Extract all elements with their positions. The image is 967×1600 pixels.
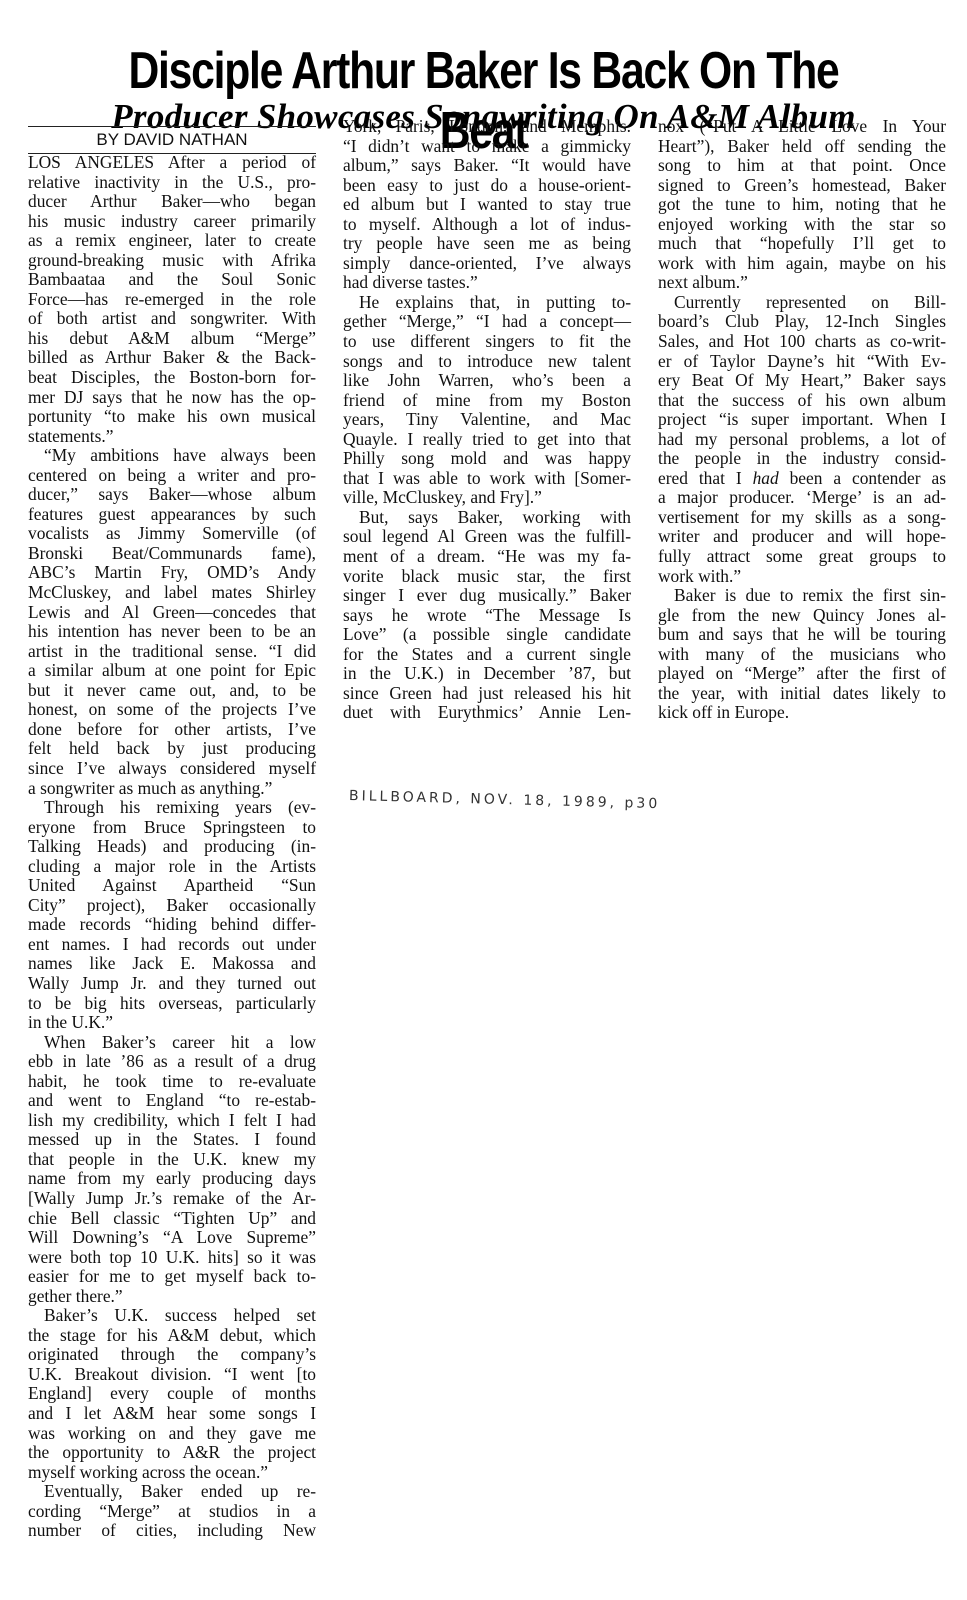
text-line: honest, on some of the projects I’ve xyxy=(28,700,316,720)
text-line: Currently represented on Bill- xyxy=(658,293,946,313)
text-line: and I let A&M hear some songs I xyxy=(28,1404,316,1424)
text-line: years, Tiny Valentine, and Mac xyxy=(343,410,631,430)
text-line: gle from the new Quincy Jones al- xyxy=(658,606,946,626)
text-line: bum and says that he will be touring xyxy=(658,625,946,645)
text-line: Baker is due to remix the first sin- xyxy=(658,586,946,606)
text-line: cording “Merge” at studios in a xyxy=(28,1502,316,1522)
text-line: for the States and a current single xyxy=(343,645,631,665)
text-line: Wally Jump Jr. and they turned out xyxy=(28,974,316,994)
text-line: Eventually, Baker ended up re- xyxy=(28,1482,316,1502)
text-line: Baker’s U.K. success helped set xyxy=(28,1306,316,1326)
text-line: his music industry career primarily xyxy=(28,212,316,232)
text-line: of both artist and songwriter. With xyxy=(28,309,316,329)
text-line: played on “Merge” after the first of xyxy=(658,664,946,684)
text-line: been easy to just do a house-orient- xyxy=(343,176,631,196)
text-line: eryone from Bruce Springsteen to xyxy=(28,818,316,838)
text-line: ent names. I had records out under xyxy=(28,935,316,955)
text-line: the opportunity to A&R the project xyxy=(28,1443,316,1463)
text-line: statements.” xyxy=(28,427,316,447)
text-line: He explains that, in putting to- xyxy=(343,293,631,313)
text-line: as a remix engineer, later to create xyxy=(28,231,316,251)
text-line: myself working across the ocean.” xyxy=(28,1463,316,1483)
text-line: names like Jack E. Makossa and xyxy=(28,954,316,974)
text-line: England] every couple of months xyxy=(28,1384,316,1404)
text-line: ducer Arthur Baker—who began xyxy=(28,192,316,212)
text-line: habit, he took time to re-evaluate xyxy=(28,1072,316,1092)
article-column-3: nox (“Put A Little Love In YourHeart”), … xyxy=(658,117,946,723)
text-line: vocalists as Jimmy Somerville (of xyxy=(28,524,316,544)
text-line: nox (“Put A Little Love In Your xyxy=(658,117,946,137)
text-line: Through his remixing years (ev- xyxy=(28,798,316,818)
text-line: chie Bell classic “Tighten Up” and xyxy=(28,1209,316,1229)
text-line: United Against Apartheid “Sun xyxy=(28,876,316,896)
text-line: “I didn’t want to make a gimmicky xyxy=(343,137,631,157)
text-line: the year, with initial dates likely to xyxy=(658,684,946,704)
text-line: gether “Merge,” “I had a concept— xyxy=(343,312,631,332)
text-line: Bambaataa and the Soul Sonic xyxy=(28,270,316,290)
text-line: soul legend Al Green was the fulfill- xyxy=(343,527,631,547)
text-line: songs and to introduce new talent xyxy=(343,352,631,372)
text-line: U.K. Breakout division. “I went [to xyxy=(28,1365,316,1385)
text-line: next album.” xyxy=(658,273,946,293)
text-line: When Baker’s career hit a low xyxy=(28,1033,316,1053)
text-line: felt held back by just producing xyxy=(28,739,316,759)
text-line: centered on being a writer and pro- xyxy=(28,466,316,486)
text-line: mer DJ says that he now has the op- xyxy=(28,388,316,408)
text-line: vertisement for my skills as a song- xyxy=(658,508,946,528)
text-line: Love” (a possible single candidate xyxy=(343,625,631,645)
text-line: with many of the musicians who xyxy=(658,645,946,665)
text-line: number of cities, including New xyxy=(28,1521,316,1541)
text-line: since I’ve always considered myself xyxy=(28,759,316,779)
text-line: beat Disciples, the Boston-born for- xyxy=(28,368,316,388)
text-line: much that “hopefully I’ll get to xyxy=(658,234,946,254)
text-line: originated through the company’s xyxy=(28,1345,316,1365)
handwritten-citation: BILLBOARD, NOV. 18, 1989, p30 xyxy=(349,788,661,812)
text-line: LOS ANGELES After a period of xyxy=(28,153,316,173)
text-line: City” project), Baker occasionally xyxy=(28,896,316,916)
text-line: relative inactivity in the U.S., pro- xyxy=(28,173,316,193)
text-line: friend of mine from my Boston xyxy=(343,391,631,411)
text-line: But, says Baker, working with xyxy=(343,508,631,528)
text-line: portunity “to make his own musical xyxy=(28,407,316,427)
text-line: “My ambitions have always been xyxy=(28,446,316,466)
text-line: ed album but I wanted to stay true xyxy=(343,195,631,215)
text-line: billed as Arthur Baker & the Back- xyxy=(28,348,316,368)
text-line: Heart”), Baker held off sending the xyxy=(658,137,946,157)
text-line: ville, McCluskey, and Fry].” xyxy=(343,488,631,508)
text-line: Talking Heads) and producing (in- xyxy=(28,837,316,857)
text-line: his intention has never been to be an xyxy=(28,622,316,642)
text-line: were both top 10 U.K. hits] so it was xyxy=(28,1248,316,1268)
text-line: song to him at that point. Once xyxy=(658,156,946,176)
byline: BY DAVID NATHAN xyxy=(28,126,316,154)
text-line: Force—has re-emerged in the role xyxy=(28,290,316,310)
text-line: that the success of his own album xyxy=(658,391,946,411)
text-line: board’s Club Play, 12-Inch Singles xyxy=(658,312,946,332)
text-line: ducer,” says Baker—whose album xyxy=(28,485,316,505)
text-line: album,” says Baker. “It would have xyxy=(343,156,631,176)
text-line: Bronski Beat/Communards fame), xyxy=(28,544,316,564)
text-line: vorite black music star, the first xyxy=(343,567,631,587)
text-line: ery Beat Of My Heart,” Baker says xyxy=(658,371,946,391)
text-line: Philly song mold and was happy xyxy=(343,449,631,469)
text-line: work with him again, maybe on his xyxy=(658,254,946,274)
text-line: Lewis and Al Green—concedes that xyxy=(28,603,316,623)
text-line: cluding a major role in the Artists xyxy=(28,857,316,877)
text-line: his debut A&M album “Merge” xyxy=(28,329,316,349)
text-line: signed to Green’s homestead, Baker xyxy=(658,176,946,196)
text-line: the stage for his A&M debut, which xyxy=(28,1326,316,1346)
text-line: ebb in late ’86 as a result of a drug xyxy=(28,1052,316,1072)
text-line: lish my credibility, which I felt I had xyxy=(28,1111,316,1131)
text-line: er of Taylor Dayne’s hit “With Ev- xyxy=(658,352,946,372)
text-line: Will Downing’s “A Love Supreme” xyxy=(28,1228,316,1248)
text-line: messed up in the States. I found xyxy=(28,1130,316,1150)
text-line: had my personal problems, a lot of xyxy=(658,430,946,450)
text-line: ment of a dream. “He was my fa- xyxy=(343,547,631,567)
text-line: kick off in Europe. xyxy=(658,703,946,723)
text-line: enjoyed working with the star so xyxy=(658,215,946,235)
text-line: name from my early producing days xyxy=(28,1169,316,1189)
text-line: that I was able to work with [Somer- xyxy=(343,469,631,489)
text-line: ered that I had been a contender as xyxy=(658,469,946,489)
text-line: gether there.” xyxy=(28,1287,316,1307)
text-line: to be big hits overseas, particularly xyxy=(28,994,316,1014)
text-line: but it never came out, and, to be xyxy=(28,681,316,701)
text-line: done before for other artists, I’ve xyxy=(28,720,316,740)
text-line: like John Warren, who’s been a xyxy=(343,371,631,391)
text-line: got the tune to him, noting that he xyxy=(658,195,946,215)
text-line: in the U.K.) in December ’87, but xyxy=(343,664,631,684)
text-line: a similar album at one point for Epic xyxy=(28,661,316,681)
text-line: Quayle. I really tried to get into that xyxy=(343,430,631,450)
text-line: easier for me to get myself back to- xyxy=(28,1267,316,1287)
text-line: the people in the industry consid- xyxy=(658,449,946,469)
article-column-2: York, Paris, London, and Memphis.“I didn… xyxy=(343,117,631,723)
text-line: and went to England “to re-estab- xyxy=(28,1091,316,1111)
text-line: McCluskey, and label mates Shirley xyxy=(28,583,316,603)
text-line: duet with Eurythmics’ Annie Len- xyxy=(343,703,631,723)
text-line: work with.” xyxy=(658,567,946,587)
text-line: simply dance-oriented, I’ve always xyxy=(343,254,631,274)
text-line: project “is super important. When I xyxy=(658,410,946,430)
text-line: features guest appearances by such xyxy=(28,505,316,525)
text-line: singer I ever dug musically.” Baker xyxy=(343,586,631,606)
text-line: had diverse tastes.” xyxy=(343,273,631,293)
text-line: a songwriter as much as anything.” xyxy=(28,779,316,799)
text-line: since Green had just released his hit xyxy=(343,684,631,704)
text-line: try people have seen me as being xyxy=(343,234,631,254)
text-line: was working on and they gave me xyxy=(28,1424,316,1444)
text-line: ground-breaking music with Afrika xyxy=(28,251,316,271)
text-line: [Wally Jump Jr.’s remake of the Ar- xyxy=(28,1189,316,1209)
text-line: to use different singers to fit the xyxy=(343,332,631,352)
text-line: artist in the traditional sense. “I did xyxy=(28,642,316,662)
text-line: fully attract some great groups to xyxy=(658,547,946,567)
text-line: to myself. Although a lot of indus- xyxy=(343,215,631,235)
text-line: that people in the U.K. knew my xyxy=(28,1150,316,1170)
text-line: made records “hiding behind differ- xyxy=(28,915,316,935)
text-line: a major producer. ‘Merge’ is an ad- xyxy=(658,488,946,508)
text-line: says he wrote “The Message Is xyxy=(343,606,631,626)
text-line: in the U.K.” xyxy=(28,1013,316,1033)
article-column-1: LOS ANGELES After a period ofrelative in… xyxy=(28,153,316,1541)
text-line: York, Paris, London, and Memphis. xyxy=(343,117,631,137)
text-line: writer and producer and will hope- xyxy=(658,527,946,547)
text-line: ABC’s Martin Fry, OMD’s Andy xyxy=(28,563,316,583)
text-line: Sales, and Hot 100 charts as co-writ- xyxy=(658,332,946,352)
